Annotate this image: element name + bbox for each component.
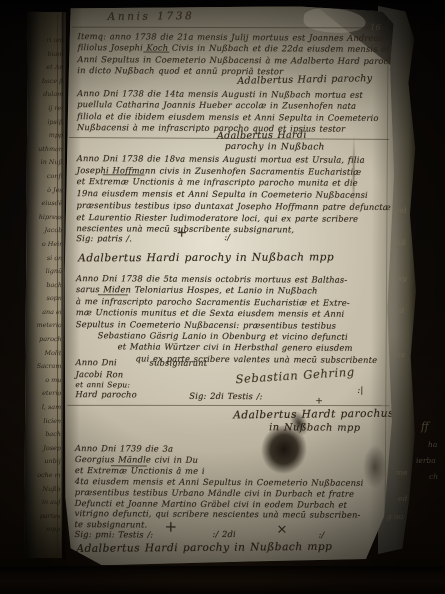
register-page: Annis 1738 Itemq: anno 1738 die 21a mens… [62, 5, 395, 567]
signum-mid: :/ 2di [212, 529, 235, 540]
signum-close: :| [357, 385, 363, 396]
margin-rule-line [57, 14, 58, 556]
witness-cross-mark: + [176, 228, 187, 239]
left-page-fragment: Nußb [25, 482, 61, 496]
burial-entry: Anno Dni 1739 die 3a Georgius Mändle civ… [75, 443, 364, 532]
left-page-fragment: bach [25, 428, 61, 442]
left-page-fragment: o mu [25, 374, 61, 388]
year-heading: Annis 1738 [108, 10, 195, 23]
photo-of-parish-register: ri um biani et An bace ß dulam ij rei ip… [0, 0, 445, 594]
priest-signature: Adalbertus Hardi parochy [237, 73, 372, 87]
signum-label: Sig: pmi: Testis /: [74, 529, 153, 541]
left-page-fragment: et An [27, 61, 63, 75]
margin-mark: ierba [416, 456, 436, 465]
left-page-edge: ri um biani et An bace ß dulam ij rei ip… [24, 12, 66, 558]
priest-signature: parochy in Nußbach [225, 142, 325, 153]
marginal-note: Hard parocho [75, 389, 137, 401]
margin-mark: ad [395, 306, 404, 315]
left-page-fragment: Josep [25, 442, 61, 456]
marginal-note: subsignarunt [149, 358, 207, 370]
margin-mark: g au [387, 512, 404, 521]
signum-label: Sig: 2di Testis /: [189, 391, 262, 403]
left-page-fragment: biani [28, 47, 64, 61]
priest-signature: Adalbertus Hardi parochy in Nußbach mpp [78, 251, 334, 264]
left-page-fragment: eterio [25, 387, 61, 401]
left-page-fragment: in auf [24, 496, 60, 510]
burial-entry: Itemq: anno 1738 die 21a mensis Julij mo… [77, 31, 399, 78]
marginal-note: Anno Dni [75, 357, 116, 369]
signum-close: :/ [224, 232, 230, 243]
witness-signature: Sebastian Gehring [235, 365, 355, 387]
margin-mark: ima [391, 350, 405, 359]
signum-close: :/ [318, 530, 324, 541]
ruled-line [67, 405, 389, 406]
left-page-fragment: l, sam [25, 401, 61, 415]
witness-cross-mark: + [315, 397, 323, 408]
ruled-line [72, 27, 388, 29]
ink-smudge [363, 445, 387, 489]
burial-entry: Anno Dni 1738 die 5ta mensis octobris mo… [76, 273, 378, 366]
margin-mark: ff [421, 420, 429, 433]
table-surface [0, 566, 445, 594]
left-page-fragment: mpp [24, 523, 60, 537]
priest-signature: Adalbertus Hardi parochy in Nußbach mpp [76, 541, 332, 555]
underline-mark [111, 465, 147, 466]
left-page-fragment: licien [25, 414, 61, 428]
margin-mark: ml [397, 206, 407, 215]
priest-signature: Adalbertus Hardt parochus [233, 408, 394, 422]
margin-mark: ha [428, 440, 437, 449]
margin-mark: ed [398, 494, 407, 503]
underline-mark [98, 294, 128, 295]
left-page-fragment: ri um [28, 34, 64, 48]
burial-entry: Anno Dni 1738 die 14ta mensis Augusti in… [77, 88, 379, 135]
margin-mark: 16 [370, 23, 381, 33]
signum-label: Sig: patris /. [76, 233, 132, 245]
left-page-fragment: bace ß [27, 75, 63, 89]
priest-signature: Adalbertus Hardi [217, 130, 307, 142]
witness-cross-mark: + [164, 522, 177, 533]
margin-mark: mß [394, 238, 406, 247]
left-page-fragment: partes [24, 510, 60, 524]
underline-mark [143, 51, 169, 52]
margin-mark: me [396, 468, 408, 477]
witness-cross-mark: × [276, 524, 287, 535]
margin-mark: ky [398, 274, 407, 283]
left-page-fragment: oche m [25, 469, 61, 483]
margin-mark: ch [429, 472, 438, 481]
burial-entry: Anno Dni 1738 die 18va mensis Augusti mo… [76, 153, 391, 237]
left-page-fragment: unbij [25, 455, 61, 469]
